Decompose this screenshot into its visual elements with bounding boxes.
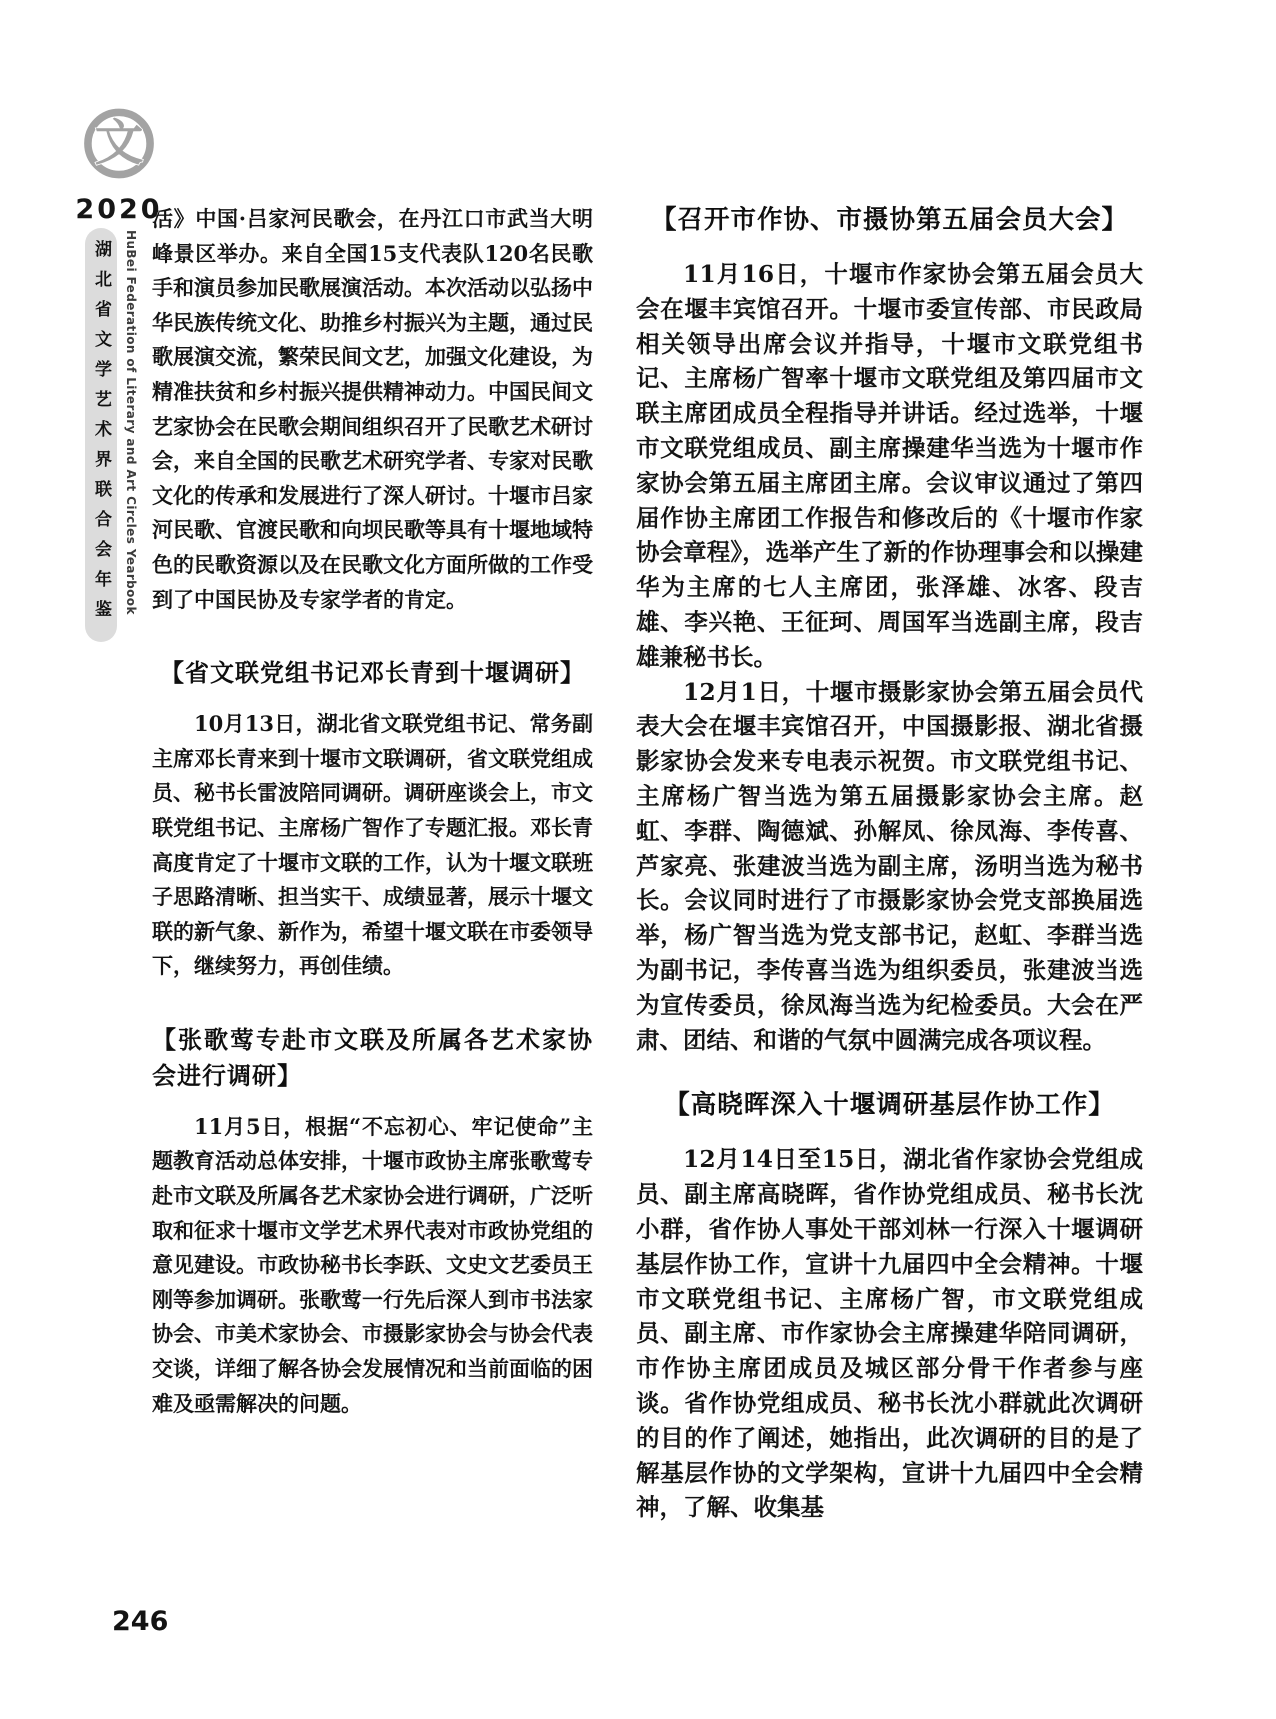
continuation-paragraph: 活》中国·吕家河民歌会，在丹江口市武当大明峰景区举办。来自全国15支代表队120…	[152, 202, 593, 617]
brand-year: 2020	[74, 194, 164, 225]
article-heading: 【高晓晖深入十堰调研基层作协工作】	[636, 1087, 1143, 1124]
article-heading: 【省文联党组书记邓长青到十堰调研】	[152, 655, 593, 691]
article-heading: 【召开市作协、市摄协第五届会员大会】	[636, 202, 1143, 239]
right-column: 【召开市作协、市摄协第五届会员大会】 11月16日，十堰市作家协会第五届会员大会…	[636, 202, 1143, 1525]
sidebar-title-cn: 湖北省文学艺术界联合会年鉴	[85, 228, 117, 642]
article-paragraph: 12月1日，十堰市摄影家协会第五届会员代表大会在堰丰宾馆召开，中国摄影报、湖北省…	[636, 675, 1143, 1058]
article-paragraph: 11月16日，十堰市作家协会第五届会员大会在堰丰宾馆召开。十堰市委宣传部、市民政…	[636, 257, 1143, 675]
svg-text:文: 文	[95, 115, 144, 171]
article-paragraph: 10月13日，湖北省文联党组书记、常务副主席邓长青来到十堰市文联调研，省文联党组…	[152, 707, 593, 984]
article-heading: 【张歌莺专赴市文联及所属各艺术家协会进行调研】	[152, 1022, 593, 1094]
left-column: 活》中国·吕家河民歌会，在丹江口市武当大明峰景区举办。来自全国15支代表队120…	[152, 202, 593, 1421]
article-paragraph: 12月14日至15日，湖北省作家协会党组成员、副主席高晓晖，省作协党组成员、秘书…	[636, 1142, 1143, 1525]
article-paragraph: 11月5日，根据“不忘初心、牢记使命”主题教育活动总体安排，十堰市政协主席张歌莺…	[152, 1110, 593, 1421]
page-number: 246	[112, 1606, 168, 1637]
brand-block: 文 2020	[74, 104, 164, 225]
sidebar-title-en: HuBei Federation of Literary and Art Cir…	[124, 230, 138, 660]
federation-logo-icon: 文	[77, 104, 161, 188]
